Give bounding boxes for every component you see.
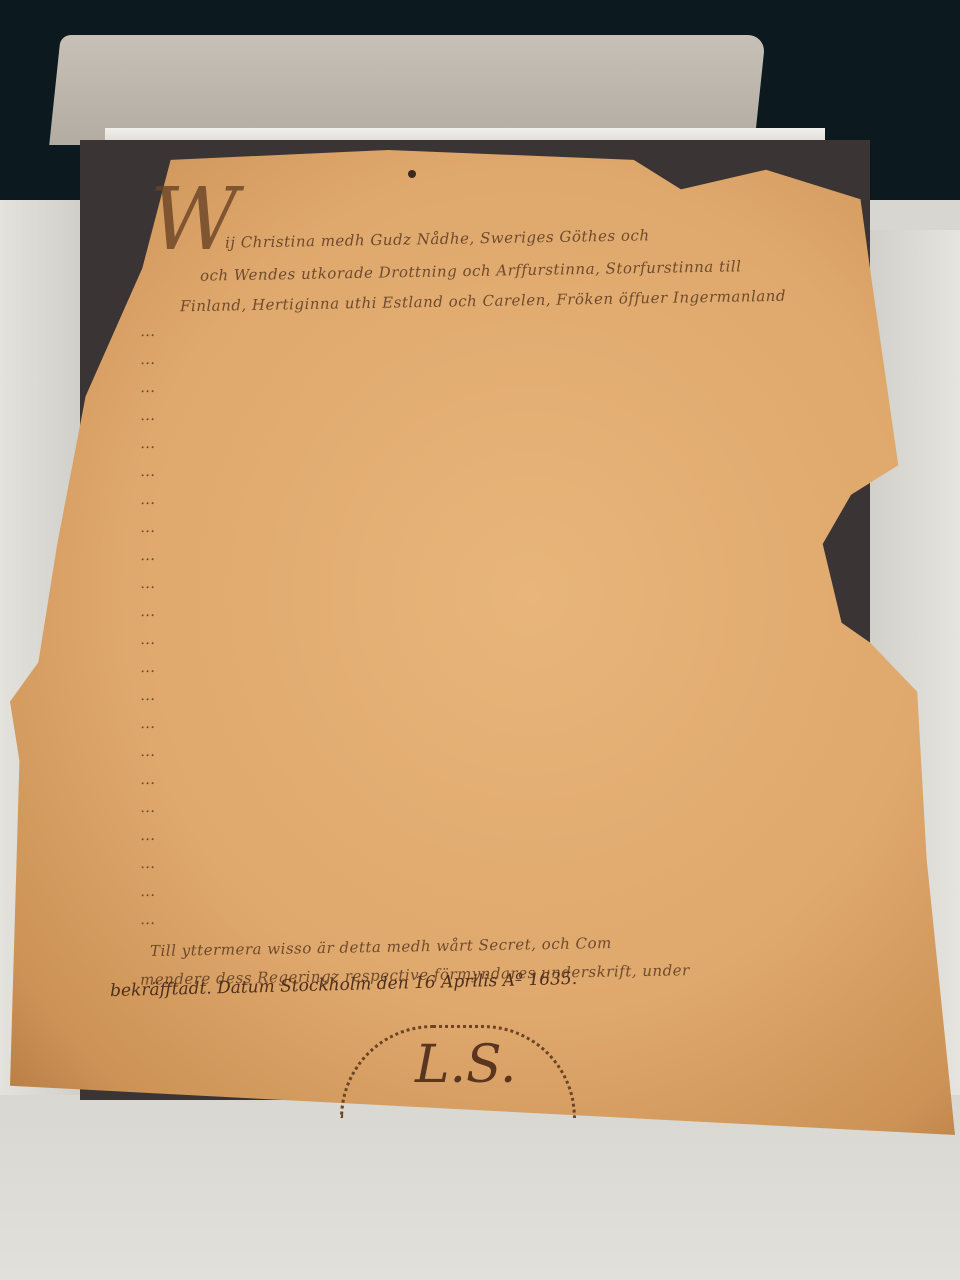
text-line: …: [140, 518, 156, 536]
manuscript-body: ij Christina medh Gudz Nådhe, Sweriges G…: [140, 210, 930, 1010]
text-line: …: [140, 378, 156, 396]
text-line: …: [140, 350, 156, 368]
text-line: Till yttermera wisso är detta medh wårt …: [150, 934, 612, 960]
text-line: …: [140, 798, 156, 816]
text-line: …: [140, 574, 156, 592]
text-line: Finland, Hertiginna uthi Estland och Car…: [180, 287, 786, 316]
text-line: …: [140, 462, 156, 480]
opening-line: ij Christina medh Gudz Nådhe, Sweriges G…: [225, 226, 650, 251]
text-line: och Wendes utkorade Drottning och Arffur…: [200, 257, 742, 284]
paper-hole: [408, 170, 416, 178]
text-line: …: [140, 434, 156, 452]
text-line: …: [140, 910, 156, 928]
text-line: …: [140, 658, 156, 676]
text-line: …: [140, 602, 156, 620]
text-line: …: [140, 770, 156, 788]
text-line: …: [140, 714, 156, 732]
text-line: …: [140, 406, 156, 424]
text-line: …: [140, 630, 156, 648]
text-line: …: [140, 742, 156, 760]
text-line: …: [140, 686, 156, 704]
locus-sigilli-mark: L.S.: [415, 1035, 516, 1095]
text-line: …: [140, 854, 156, 872]
text-line: …: [140, 882, 156, 900]
text-line: …: [140, 490, 156, 508]
text-line: …: [140, 322, 156, 340]
text-line: …: [140, 546, 156, 564]
text-line: …: [140, 826, 156, 844]
